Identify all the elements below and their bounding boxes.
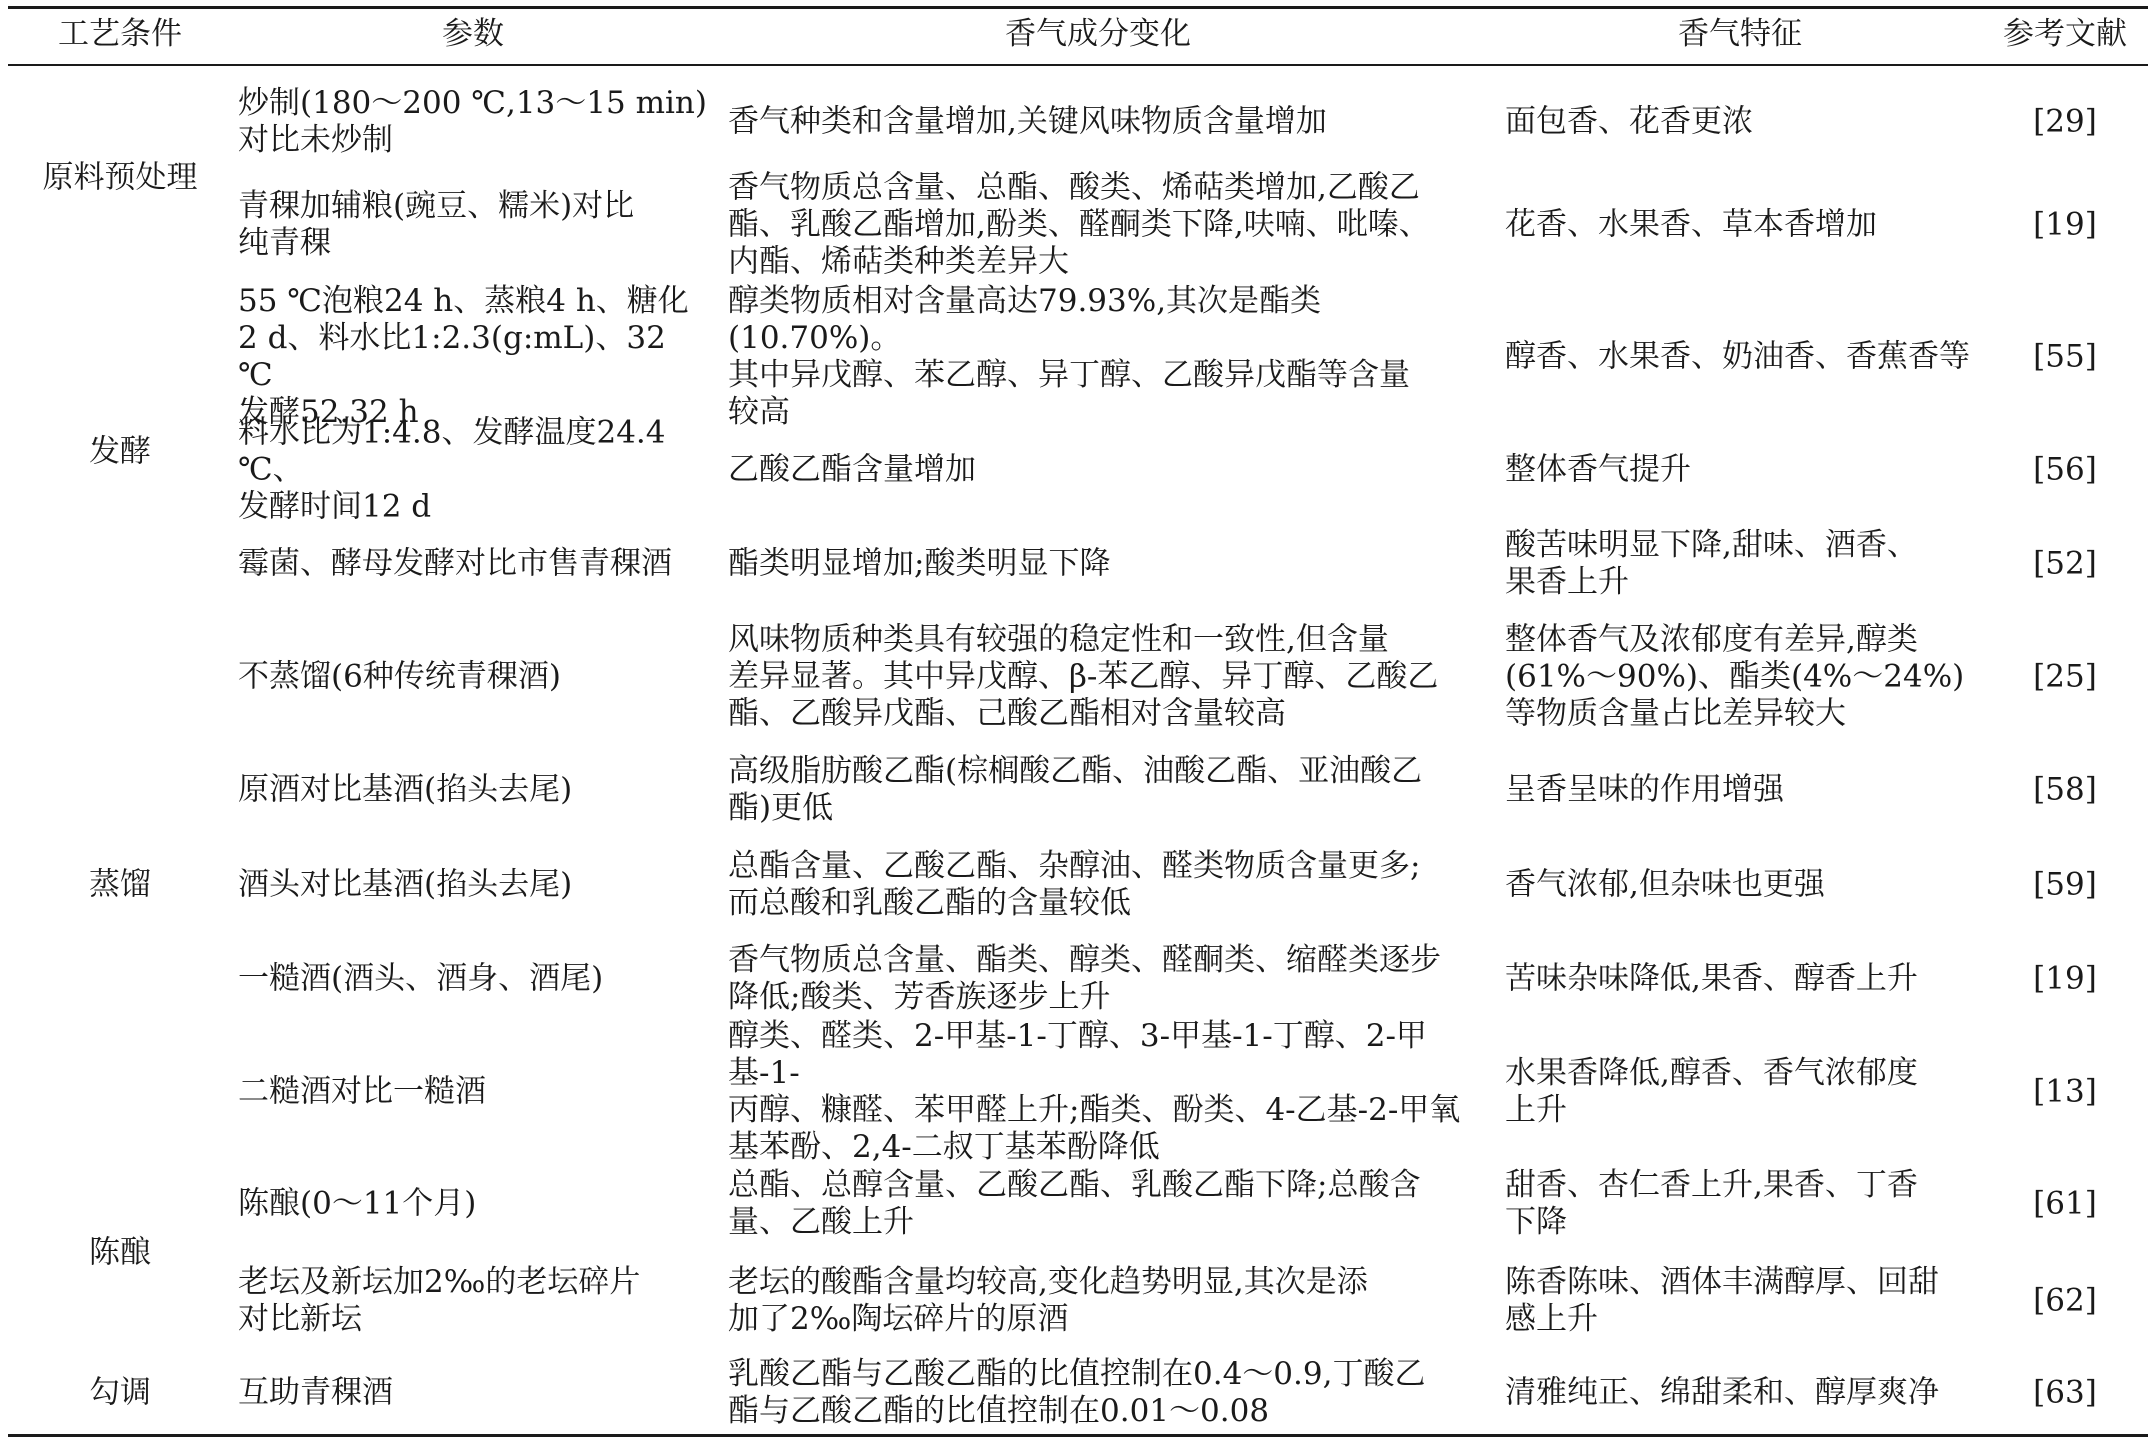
table-header-rule: [8, 64, 2148, 66]
process-condition-cell: 发酵: [20, 434, 220, 471]
aroma-change-cell: 醇类物质相对含量高达79.93%,其次是酯类(10.70%)。 其中异戊醇、苯乙…: [728, 283, 1468, 431]
aroma-change-cell: 香气物质总含量、酯类、醇类、醛酮类、缩醛类逐步 降低;酸类、芳香族逐步上升: [728, 942, 1468, 1016]
reference-cell: [19]: [1990, 961, 2140, 998]
header-aroma-characteristics: 香气特征: [1505, 14, 1975, 54]
aroma-change-cell: 风味物质种类具有较强的稳定性和一致性,但含量 差异显著。其中异戊醇、β-苯乙醇、…: [728, 622, 1468, 733]
aroma-change-cell: 老坛的酸酯含量均较高,变化趋势明显,其次是添 加了2‰陶坛碎片的原酒: [728, 1264, 1468, 1338]
parameter-cell: 霉菌、酵母发酵对比市售青稞酒: [238, 546, 708, 583]
reference-cell: [58]: [1990, 772, 2140, 809]
reference-cell: [61]: [1990, 1186, 2140, 1223]
reference-cell: [25]: [1990, 659, 2140, 696]
aroma-feature-cell: 整体香气提升: [1505, 452, 1975, 489]
table-top-rule: [8, 6, 2148, 9]
aroma-feature-cell: 醇香、水果香、奶油香、香蕉香等: [1505, 339, 1975, 376]
parameter-cell: 不蒸馏(6种传统青稞酒): [238, 659, 708, 696]
header-references: 参考文献: [1990, 14, 2140, 54]
aroma-change-cell: 香气物质总含量、总酯、酸类、烯萜类增加,乙酸乙 酯、乳酸乙酯增加,酚类、醛酮类下…: [728, 170, 1468, 281]
aroma-feature-cell: 整体香气及浓郁度有差异,醇类 (61%～90%)、酯类(4%～24%) 等物质含…: [1505, 622, 1975, 733]
header-process-condition: 工艺条件: [20, 14, 220, 54]
aroma-feature-cell: 陈香陈味、酒体丰满醇厚、回甜 感上升: [1505, 1264, 1975, 1338]
aroma-feature-cell: 花香、水果香、草本香增加: [1505, 207, 1975, 244]
parameter-cell: 老坛及新坛加2‰的老坛碎片 对比新坛: [238, 1264, 708, 1338]
parameter-cell: 55 ℃泡粮24 h、蒸粮4 h、糖化 2 d、料水比1:2.3(g:mL)、3…: [238, 283, 708, 431]
aroma-change-cell: 高级脂肪酸乙酯(棕榈酸乙酯、油酸乙酯、亚油酸乙 酯)更低: [728, 753, 1468, 827]
aroma-feature-cell: 香气浓郁,但杂味也更强: [1505, 867, 1975, 904]
parameter-cell: 酒头对比基酒(掐头去尾): [238, 867, 708, 904]
aroma-feature-cell: 呈香呈味的作用增强: [1505, 772, 1975, 809]
process-condition-cell: 勾调: [20, 1375, 220, 1412]
parameter-cell: 互助青稞酒: [238, 1375, 708, 1412]
reference-cell: [56]: [1990, 452, 2140, 489]
header-parameters: 参数: [238, 14, 708, 54]
reference-cell: [52]: [1990, 546, 2140, 583]
aroma-change-cell: 香气种类和含量增加,关键风味物质含量增加: [728, 104, 1468, 141]
aroma-change-cell: 酯类明显增加;酸类明显下降: [728, 546, 1468, 583]
parameter-cell: 原酒对比基酒(掐头去尾): [238, 772, 708, 809]
reference-cell: [55]: [1990, 339, 2140, 376]
aroma-change-cell: 总酯、总醇含量、乙酸乙酯、乳酸乙酯下降;总酸含 量、乙酸上升: [728, 1167, 1468, 1241]
table-bottom-rule: [8, 1434, 2148, 1437]
aroma-feature-cell: 苦味杂味降低,果香、醇香上升: [1505, 961, 1975, 998]
reference-cell: [19]: [1990, 207, 2140, 244]
reference-cell: [13]: [1990, 1074, 2140, 1111]
process-condition-cell: 原料预处理: [20, 160, 220, 197]
parameter-cell: 料水比为1:4.8、发酵温度24.4 ℃、 发酵时间12 d: [238, 415, 708, 526]
header-aroma-component-change: 香气成分变化: [728, 14, 1468, 54]
parameter-cell: 陈酿(0～11个月): [238, 1186, 708, 1223]
aroma-feature-cell: 清雅纯正、绵甜柔和、醇厚爽净: [1505, 1375, 1975, 1412]
parameter-cell: 二糙酒对比一糙酒: [238, 1074, 708, 1111]
aroma-feature-cell: 甜香、杏仁香上升,果香、丁香 下降: [1505, 1167, 1975, 1241]
aroma-change-cell: 乳酸乙酯与乙酸乙酯的比值控制在0.4～0.9,丁酸乙 酯与乙酸乙酯的比值控制在0…: [728, 1356, 1468, 1430]
parameter-cell: 一糙酒(酒头、酒身、酒尾): [238, 961, 708, 998]
reference-cell: [29]: [1990, 104, 2140, 141]
process-condition-cell: 蒸馏: [20, 867, 220, 904]
aroma-change-cell: 乙酸乙酯含量增加: [728, 452, 1468, 489]
process-condition-cell: 陈酿: [20, 1235, 220, 1272]
parameter-cell: 青稞加辅粮(豌豆、糯米)对比 纯青稞: [238, 188, 708, 262]
aroma-feature-cell: 水果香降低,醇香、香气浓郁度 上升: [1505, 1055, 1975, 1129]
aroma-feature-cell: 酸苦味明显下降,甜味、酒香、 果香上升: [1505, 527, 1975, 601]
reference-cell: [63]: [1990, 1375, 2140, 1412]
aroma-change-cell: 醇类、醛类、2-甲基-1-丁醇、3-甲基-1-丁醇、2-甲基-1- 丙醇、糠醛、…: [728, 1018, 1468, 1166]
reference-cell: [62]: [1990, 1283, 2140, 1320]
aroma-feature-cell: 面包香、花香更浓: [1505, 104, 1975, 141]
parameter-cell: 炒制(180～200 ℃,13～15 min) 对比未炒制: [238, 85, 708, 159]
reference-cell: [59]: [1990, 867, 2140, 904]
aroma-change-cell: 总酯含量、乙酸乙酯、杂醇油、醛类物质含量更多; 而总酸和乳酸乙酯的含量较低: [728, 848, 1468, 922]
